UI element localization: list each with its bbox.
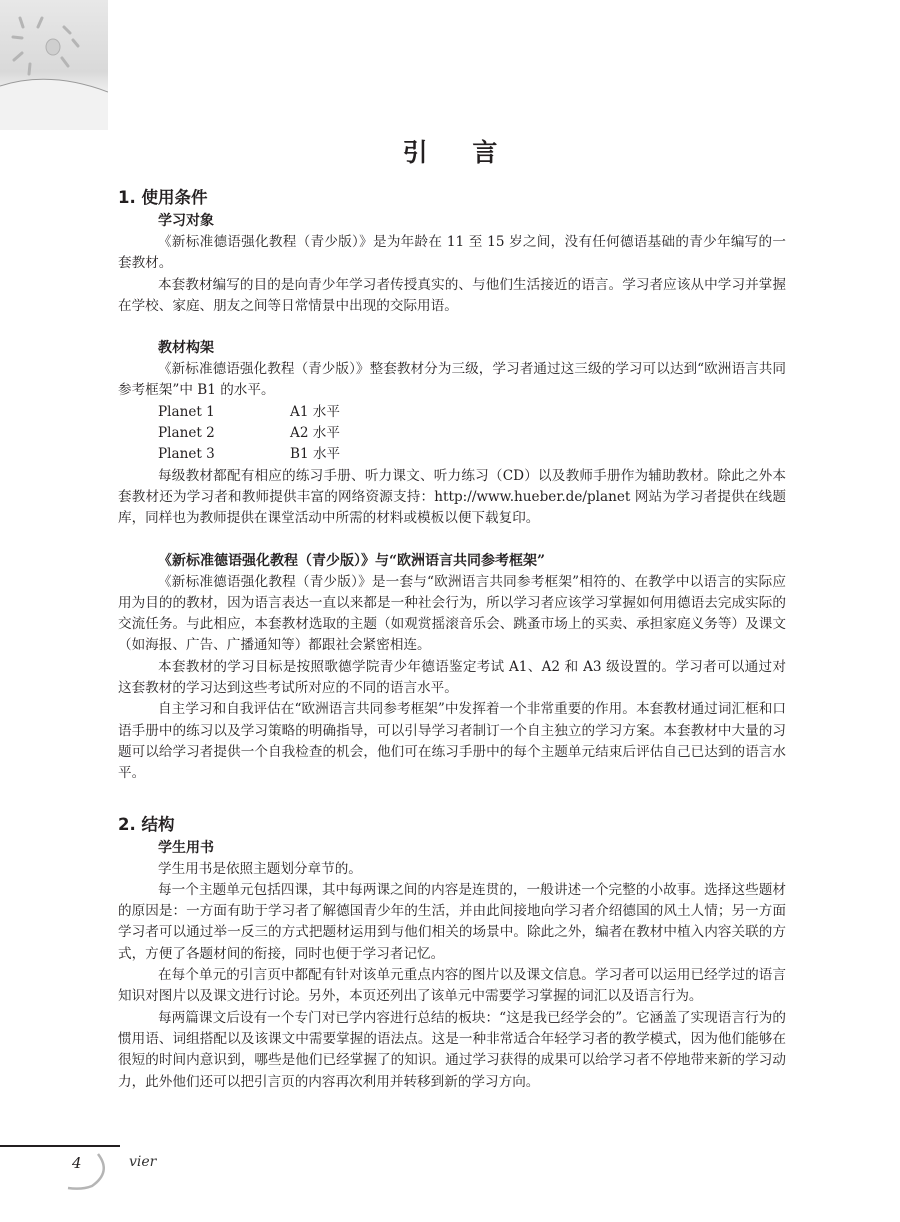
paragraph: 《新标准德语强化教程（青少版）》是为年龄在 11 至 15 岁之间，没有任何德语…: [118, 232, 786, 275]
paragraph: 在每个单元的引言页中都配有针对该单元重点内容的图片以及课文信息。学习者可以运用已…: [118, 965, 786, 1008]
paragraph: 每一个主题单元包括四课，其中每两课之间的内容是连贯的，一般讲述一个完整的小故事。…: [118, 880, 786, 965]
level-name: Planet 3: [158, 444, 290, 465]
paragraph: 《新标准德语强化教程（青少版）》整套教材分为三级，学习者通过这三级的学习可以达到…: [118, 359, 786, 402]
section-heading-usage: 1. 使用条件: [118, 186, 786, 210]
page-title: 引 言: [0, 133, 900, 169]
level-item: Planet 1 A1 水平: [118, 402, 786, 423]
paragraph: 每两篇课文后设有一个专门对已学内容进行总结的板块：“这是我已经学会的”。它涵盖了…: [118, 1008, 786, 1093]
level-list: Planet 1 A1 水平 Planet 2 A2 水平 Planet 3 B…: [118, 402, 786, 466]
sun-icon: [0, 0, 108, 130]
subheading-student-book: 学生用书: [158, 837, 786, 859]
page-arc-icon: [62, 1152, 112, 1192]
page-number: 4: [72, 1154, 82, 1172]
level-value: B1 水平: [290, 444, 340, 465]
subheading-textbook-structure: 教材构架: [158, 337, 786, 359]
paragraph: 本套教材的学习目标是按照歌德学院青少年德语鉴定考试 A1、A2 和 A3 级设置…: [118, 657, 786, 700]
level-value: A2 水平: [290, 423, 340, 444]
level-name: Planet 2: [158, 423, 290, 444]
page-body: 1. 使用条件 学习对象 《新标准德语强化教程（青少版）》是为年龄在 11 至 …: [118, 186, 786, 1093]
paragraph: 本套教材编写的目的是向青少年学习者传授真实的、与他们生活接近的语言。学习者应该从…: [118, 275, 786, 318]
subheading-cefr: 《新标准德语强化教程（青少版）》与“欧洲语言共同参考框架”: [158, 550, 786, 572]
level-value: A1 水平: [290, 402, 340, 423]
footer-rule: [0, 1145, 120, 1147]
paragraph: 《新标准德语强化教程（青少版）》是一套与“欧洲语言共同参考框架”相符的、在教学中…: [118, 572, 786, 657]
section-heading-structure: 2. 结构: [118, 813, 786, 837]
page-number-word: vier: [129, 1154, 156, 1170]
paragraph: 每级教材都配有相应的练习手册、听力课文、听力练习（CD）以及教师手册作为辅助教材…: [118, 466, 786, 530]
level-name: Planet 1: [158, 402, 290, 423]
level-item: Planet 3 B1 水平: [118, 444, 786, 465]
sun-decoration: [0, 0, 108, 130]
paragraph: 学生用书是依照主题划分章节的。: [118, 859, 786, 880]
level-item: Planet 2 A2 水平: [118, 423, 786, 444]
subheading-target-audience: 学习对象: [158, 210, 786, 232]
paragraph: 自主学习和自我评估在“欧洲语言共同参考框架”中发挥着一个非常重要的作用。本套教材…: [118, 699, 786, 784]
